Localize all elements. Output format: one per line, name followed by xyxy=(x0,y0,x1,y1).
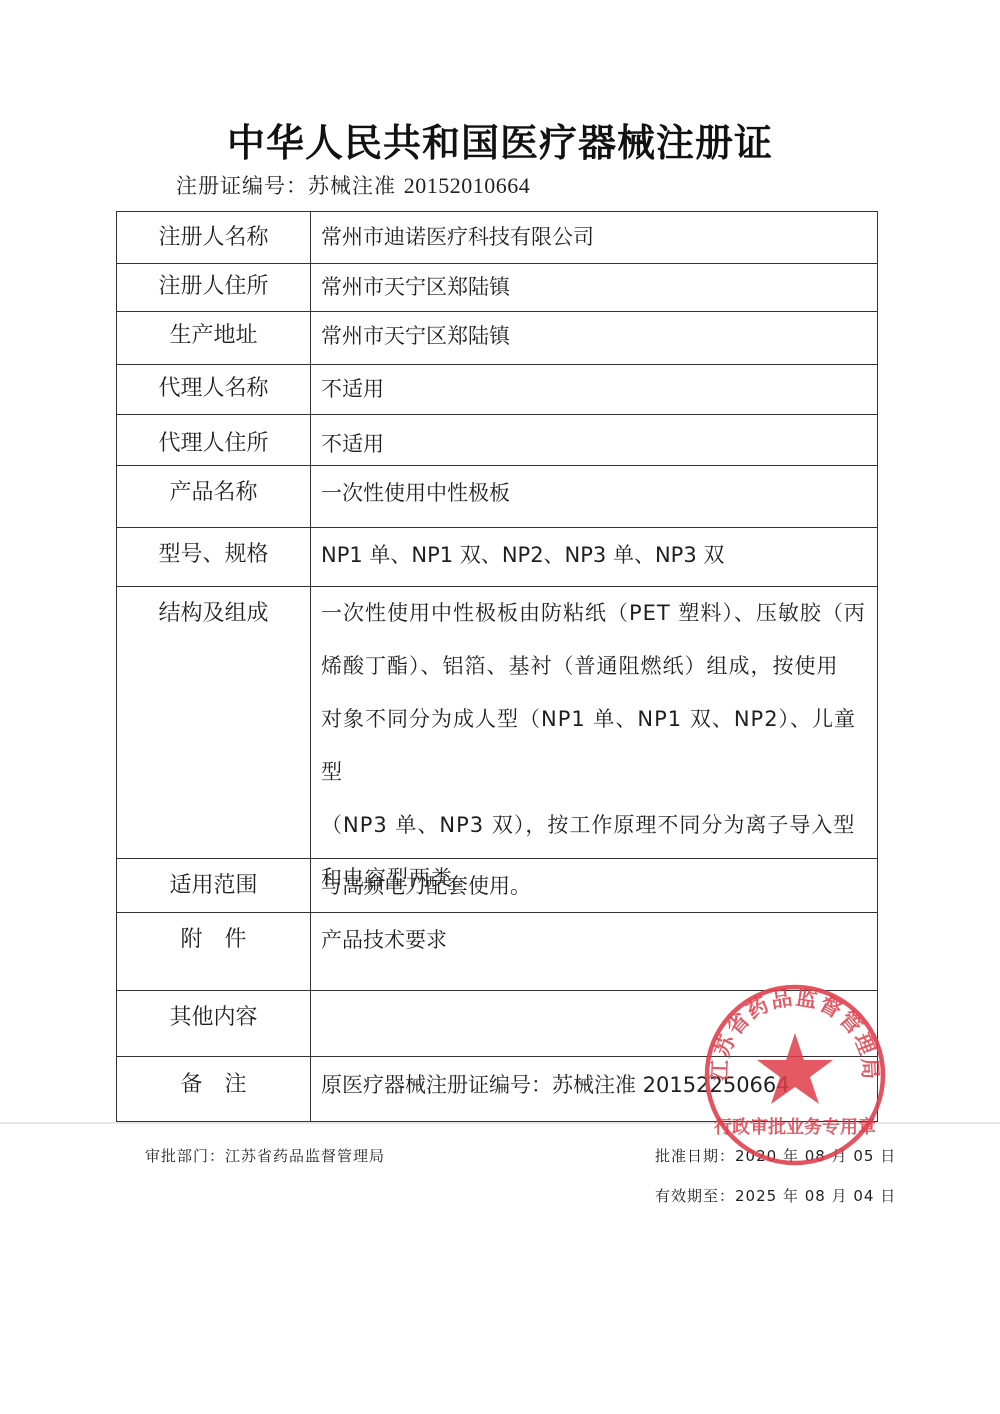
approval-date: 批准日期：2020 年 08 月 05 日 xyxy=(655,1145,896,1166)
table-row: 适用范围 与高频电刀配套使用。 xyxy=(117,858,877,912)
table-row: 其他内容 xyxy=(117,990,877,1056)
row-value: 不适用 xyxy=(311,365,877,414)
table-row: 代理人名称 不适用 xyxy=(117,364,877,414)
row-value: 常州市迪诺医疗科技有限公司 xyxy=(311,212,877,263)
registration-number-label: 注册证编号： xyxy=(176,174,308,198)
row-label: 代理人住所 xyxy=(117,415,311,465)
approval-date-label: 批准日期： xyxy=(655,1147,735,1165)
table-row: 生产地址 常州市天宁区郑陆镇 xyxy=(117,311,877,364)
row-label: 注册人名称 xyxy=(117,212,311,263)
row-value xyxy=(311,991,877,1056)
valid-until-label: 有效期至： xyxy=(655,1187,735,1205)
table-row: 附 件 产品技术要求 xyxy=(117,912,877,990)
registration-table: 注册人名称 常州市迪诺医疗科技有限公司 注册人住所 常州市天宁区郑陆镇 生产地址… xyxy=(116,211,878,1122)
row-label: 备 注 xyxy=(117,1057,311,1123)
row-value: 不适用 xyxy=(311,415,877,465)
row-value: 常州市天宁区郑陆镇 xyxy=(311,312,877,364)
approval-department-label: 审批部门： xyxy=(145,1147,225,1165)
row-value: NP1 单、NP1 双、NP2、NP3 单、NP3 双 xyxy=(311,528,877,586)
text-line: （NP3 单、NP3 双），按工作原理不同分为离子导入型 xyxy=(321,799,867,852)
row-label: 附 件 xyxy=(117,913,311,990)
row-value: 原医疗器械注册证编号：苏械注准 20152250664 xyxy=(311,1057,877,1123)
scan-line xyxy=(0,1122,1000,1124)
text-line: 烯酸丁酯）、铝箔、基衬（普通阻燃纸）组成，按使用 xyxy=(321,640,867,693)
table-row: 结构及组成 一次性使用中性极板由防粘纸（PET 塑料）、压敏胶（丙 烯酸丁酯）、… xyxy=(117,586,877,858)
table-row: 型号、规格 NP1 单、NP1 双、NP2、NP3 单、NP3 双 xyxy=(117,527,877,586)
row-value-multiline: 一次性使用中性极板由防粘纸（PET 塑料）、压敏胶（丙 烯酸丁酯）、铝箔、基衬（… xyxy=(311,587,877,858)
row-value: 常州市天宁区郑陆镇 xyxy=(311,264,877,311)
certificate-title: 中华人民共和国医疗器械注册证 xyxy=(0,112,1000,167)
row-label: 生产地址 xyxy=(117,312,311,364)
table-row: 备 注 原医疗器械注册证编号：苏械注准 20152250664 xyxy=(117,1056,877,1123)
registration-number-prefix: 苏械注准 xyxy=(308,174,396,198)
text-line: 一次性使用中性极板由防粘纸（PET 塑料）、压敏胶（丙 xyxy=(321,587,867,640)
table-row: 注册人名称 常州市迪诺医疗科技有限公司 xyxy=(117,212,877,263)
row-value: 一次性使用中性极板 xyxy=(311,466,877,527)
row-label: 注册人住所 xyxy=(117,264,311,311)
registration-number-value: 20152010664 xyxy=(404,173,531,198)
row-label: 结构及组成 xyxy=(117,587,311,858)
text-line: 对象不同分为成人型（NP1 单、NP1 双、NP2）、儿童型 xyxy=(321,693,867,799)
approval-date-value: 2020 年 08 月 05 日 xyxy=(735,1147,896,1165)
table-row: 代理人住所 不适用 xyxy=(117,414,877,465)
approval-department-value: 江苏省药品监督管理局 xyxy=(225,1147,385,1165)
row-label: 其他内容 xyxy=(117,991,311,1056)
valid-until: 有效期至：2025 年 08 月 04 日 xyxy=(655,1185,896,1206)
row-label: 产品名称 xyxy=(117,466,311,527)
row-value: 与高频电刀配套使用。 xyxy=(311,859,877,912)
table-row: 产品名称 一次性使用中性极板 xyxy=(117,465,877,527)
row-label: 适用范围 xyxy=(117,859,311,912)
table-row: 注册人住所 常州市天宁区郑陆镇 xyxy=(117,263,877,311)
row-value: 产品技术要求 xyxy=(311,913,877,990)
approval-department: 审批部门：江苏省药品监督管理局 xyxy=(145,1145,385,1166)
valid-until-value: 2025 年 08 月 04 日 xyxy=(735,1187,896,1205)
registration-number: 注册证编号：苏械注准 20152010664 xyxy=(176,170,530,200)
row-label: 型号、规格 xyxy=(117,528,311,586)
row-label: 代理人名称 xyxy=(117,365,311,414)
